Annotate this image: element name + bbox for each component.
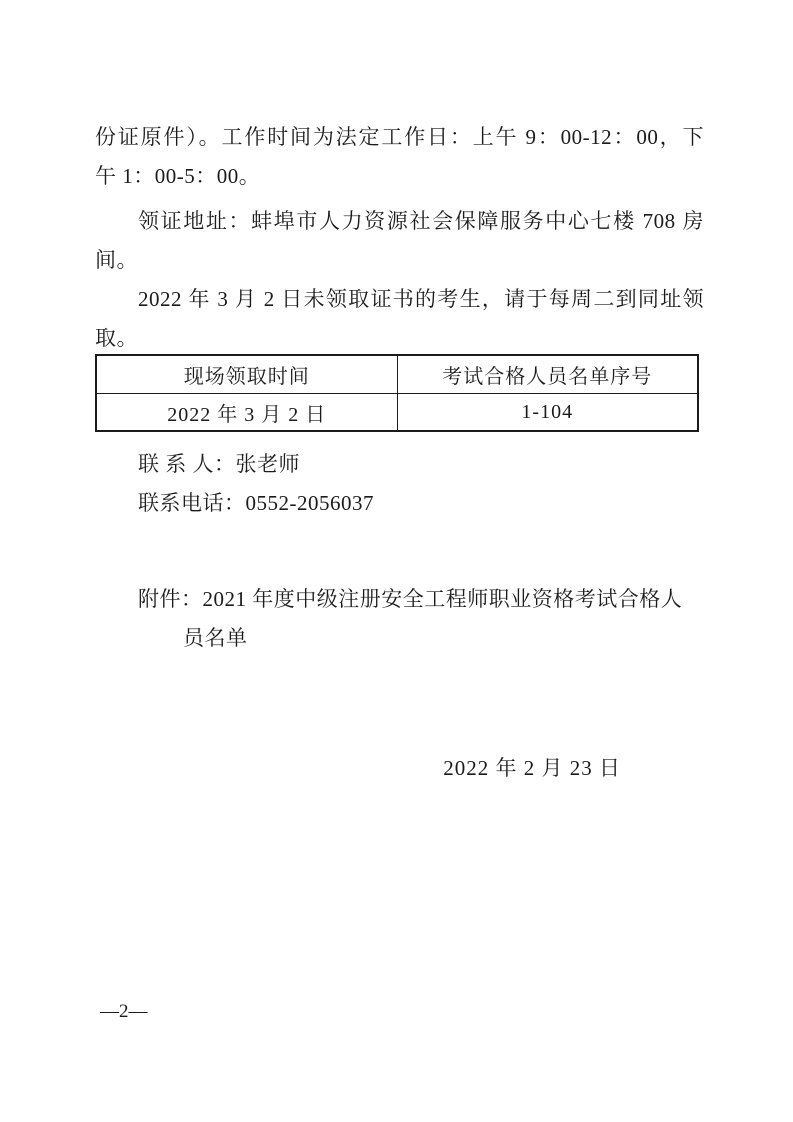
pickup-table: 现场领取时间 考试合格人员名单序号 2022 年 3 月 2 日 1-104 <box>95 354 699 432</box>
table-header-cell-pickup-time: 现场领取时间 <box>97 356 398 393</box>
text-line: 取。 <box>95 319 704 358</box>
document-date: 2022 年 2 月 23 日 <box>443 749 621 788</box>
paragraph-late-pickup: 2022 年 3 月 2 日未领取证书的考生，请于每周二到同址领 取。 <box>95 280 704 358</box>
contact-phone-line: 联系电话：0552-2056037 <box>138 484 698 523</box>
paragraph-worktime: 份证原件）。工作时间为法定工作日：上午 9：00-12：00，下 午 1：00-… <box>95 118 704 196</box>
text-line: 2022 年 3 月 2 日未领取证书的考生，请于每周二到同址领 <box>95 280 704 319</box>
attachment-block: 附件：2021 年度中级注册安全工程师职业资格考试合格人 员名单 <box>138 580 704 658</box>
attachment-line-1: 附件：2021 年度中级注册安全工程师职业资格考试合格人 <box>138 580 704 619</box>
table-header-cell-serial-range: 考试合格人员名单序号 <box>398 356 698 393</box>
document-page: 份证原件）。工作时间为法定工作日：上午 9：00-12：00，下 午 1：00-… <box>0 0 793 1122</box>
contact-block: 联 系 人：张老师 联系电话：0552-2056037 <box>138 445 698 523</box>
table-cell-serial-range: 1-104 <box>398 394 698 430</box>
contact-person-line: 联 系 人：张老师 <box>138 445 698 484</box>
text-line: 份证原件）。工作时间为法定工作日：上午 9：00-12：00，下 <box>95 118 704 157</box>
table-cell-pickup-date: 2022 年 3 月 2 日 <box>97 394 398 430</box>
table-header-row: 现场领取时间 考试合格人员名单序号 <box>97 356 697 394</box>
attachment-line-2: 员名单 <box>138 619 704 658</box>
table-row: 2022 年 3 月 2 日 1-104 <box>97 394 697 430</box>
page-number: —2— <box>100 1000 148 1024</box>
text-line: 午 1：00-5：00。 <box>95 157 704 196</box>
text-line: 间。 <box>95 241 704 280</box>
paragraph-address: 领证地址：蚌埠市人力资源社会保障服务中心七楼 708 房 间。 <box>95 202 704 280</box>
text-line: 领证地址：蚌埠市人力资源社会保障服务中心七楼 708 房 <box>95 202 704 241</box>
